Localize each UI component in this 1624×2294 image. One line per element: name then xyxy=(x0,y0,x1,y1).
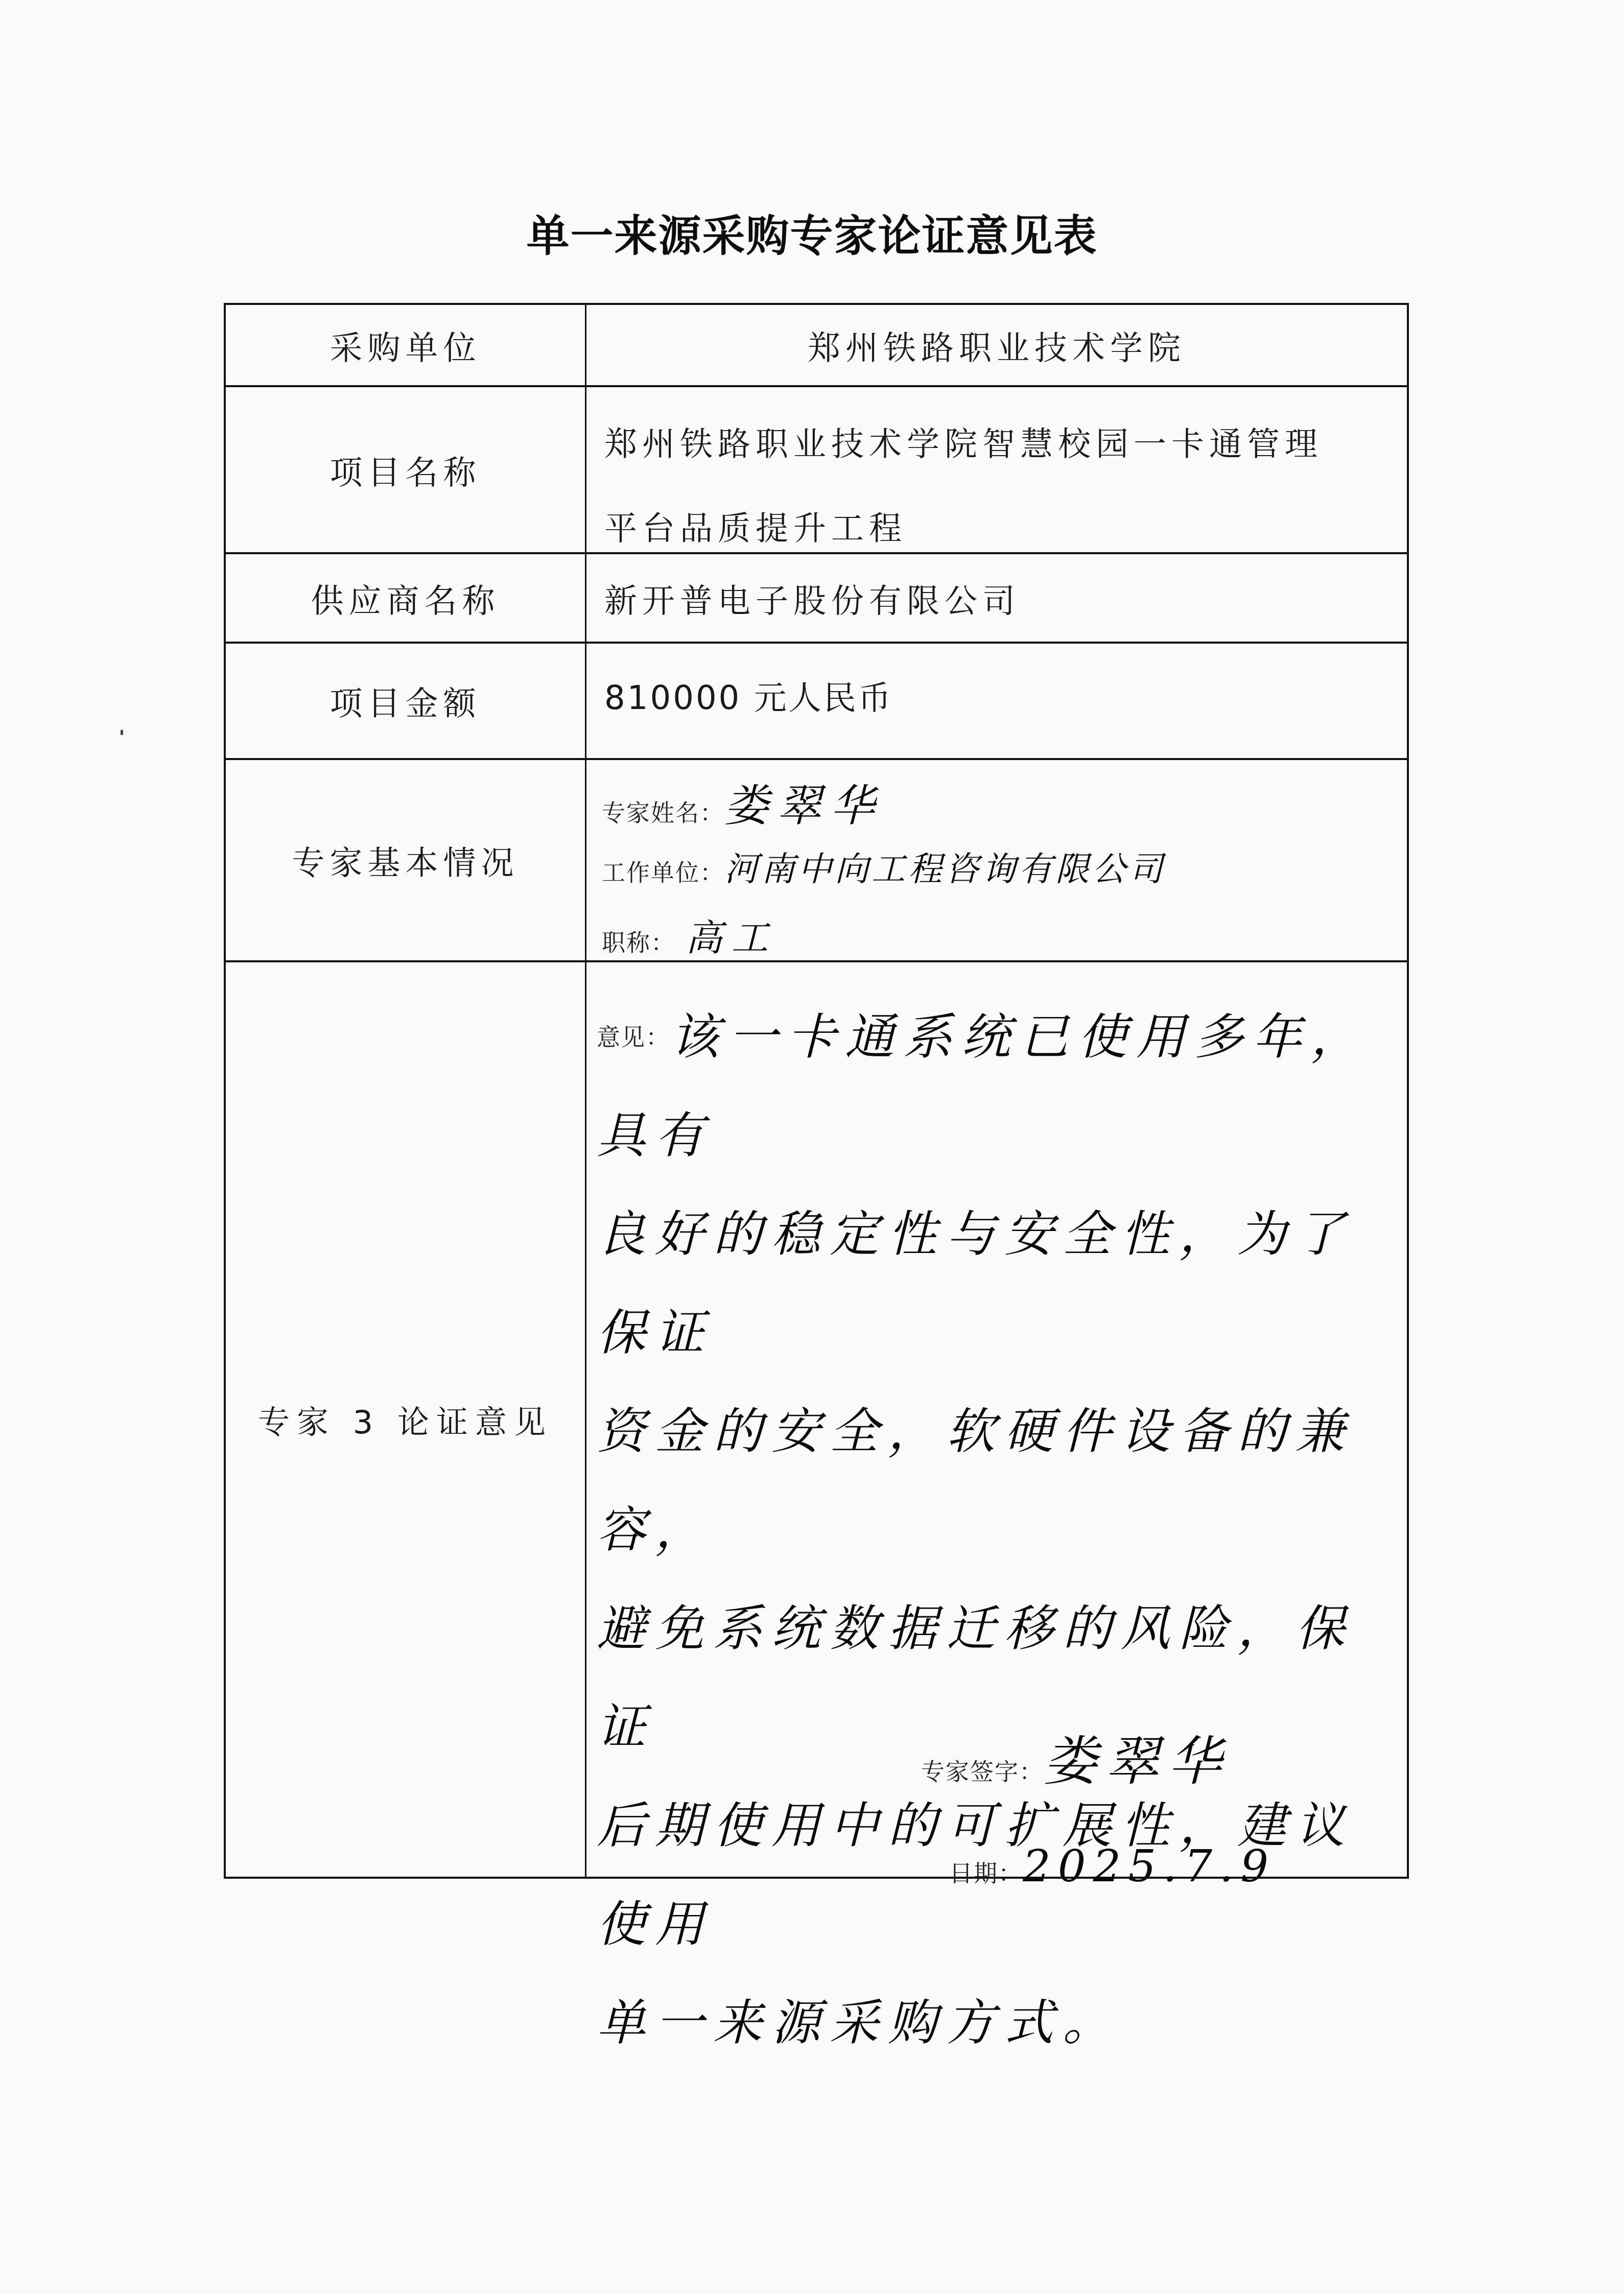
project-amount-text: 810000 元人民币 xyxy=(604,679,893,717)
row-expert-opinion: 专家 3 论证意见 意见：该一卡通系统已使用多年，具有 良好的稳定性与安全性，为… xyxy=(226,960,1407,1877)
value-expert-info: 专家姓名：娄翠华 工作单位：河南中向工程咨询有限公司 职称：高工 xyxy=(586,760,1407,960)
opinion-form-table: 采购单位 郑州铁路职业技术学院 项目名称 郑州铁路职业技术学院智慧校园一卡通管理… xyxy=(224,303,1409,1879)
expert-title-handwritten: 高工 xyxy=(686,916,778,959)
supplier-name-text: 新开普电子股份有限公司 xyxy=(604,575,1020,622)
expert-name-label: 专家姓名： xyxy=(602,799,724,826)
value-expert-opinion: 意见：该一卡通系统已使用多年，具有 良好的稳定性与安全性，为了保证 资金的安全，… xyxy=(586,962,1407,1877)
label-purchasing-unit: 采购单位 xyxy=(226,305,586,385)
opinion-label: 意见： xyxy=(597,1023,670,1051)
value-purchasing-unit: 郑州铁路职业技术学院 xyxy=(586,305,1407,385)
expert-title-line: 职称：高工 xyxy=(602,908,778,961)
value-project-amount: 810000 元人民币 xyxy=(586,644,1407,758)
label-supplier-name: 供应商名称 xyxy=(226,554,586,642)
row-project-amount: 项目金额 810000 元人民币 xyxy=(226,642,1407,758)
row-expert-info: 专家基本情况 专家姓名：娄翠华 工作单位：河南中向工程咨询有限公司 职称：高工 xyxy=(226,758,1407,960)
row-purchasing-unit: 采购单位 郑州铁路职业技术学院 xyxy=(226,305,1407,385)
expert-title-label: 职称： xyxy=(602,929,675,956)
opinion-line-2: 良好的稳定性与安全性，为了保证 xyxy=(597,1185,1386,1382)
row-supplier-name: 供应商名称 新开普电子股份有限公司 xyxy=(226,552,1407,642)
expert-unit-line: 工作单位：河南中向工程咨询有限公司 xyxy=(602,842,1166,890)
date-label: 日期： xyxy=(949,1859,1023,1887)
value-project-name: 郑州铁路职业技术学院智慧校园一卡通管理 平台品质提升工程 xyxy=(586,387,1407,552)
expert-name-handwritten: 娄翠华 xyxy=(724,781,884,832)
label-project-name: 项目名称 xyxy=(226,387,586,552)
purchasing-unit-text: 郑州铁路职业技术学院 xyxy=(808,322,1186,369)
label-project-amount: 项目金额 xyxy=(226,644,586,758)
project-name-line-1: 郑州铁路职业技术学院智慧校园一卡通管理 xyxy=(604,403,1407,487)
opinion-body: 意见：该一卡通系统已使用多年，具有 良好的稳定性与安全性，为了保证 资金的安全，… xyxy=(597,988,1386,2072)
label-expert-opinion: 专家 3 论证意见 xyxy=(226,962,586,1877)
signature-line: 专家签字：娄翠华 xyxy=(921,1718,1231,1795)
expert-name-line: 专家姓名：娄翠华 xyxy=(602,770,884,834)
expert-unit-label: 工作单位： xyxy=(602,859,724,886)
signature-label: 专家签字： xyxy=(921,1758,1044,1785)
opinion-line-6: 单一来源采购方式。 xyxy=(597,1974,1386,2072)
row-project-name: 项目名称 郑州铁路职业技术学院智慧校园一卡通管理 平台品质提升工程 xyxy=(226,385,1407,552)
expert-unit-handwritten: 河南中向工程咨询有限公司 xyxy=(724,849,1166,889)
signing-date: 2025.7.9 xyxy=(1023,1841,1276,1892)
expert-signature: 娄翠华 xyxy=(1044,1730,1231,1792)
opinion-line-1: 意见：该一卡通系统已使用多年，具有 xyxy=(597,988,1386,1185)
label-expert-info: 专家基本情况 xyxy=(226,760,586,960)
document-title: 单一来源采购专家论证意见表 xyxy=(0,202,1624,264)
date-line: 日期：2025.7.9 xyxy=(949,1841,1276,1892)
opinion-line-1-text: 该一卡通系统已使用多年，具有 xyxy=(597,1008,1369,1164)
opinion-line-3: 资金的安全，软硬件设备的兼容， xyxy=(597,1382,1386,1579)
value-supplier-name: 新开普电子股份有限公司 xyxy=(586,554,1407,642)
scan-speck xyxy=(121,730,123,735)
